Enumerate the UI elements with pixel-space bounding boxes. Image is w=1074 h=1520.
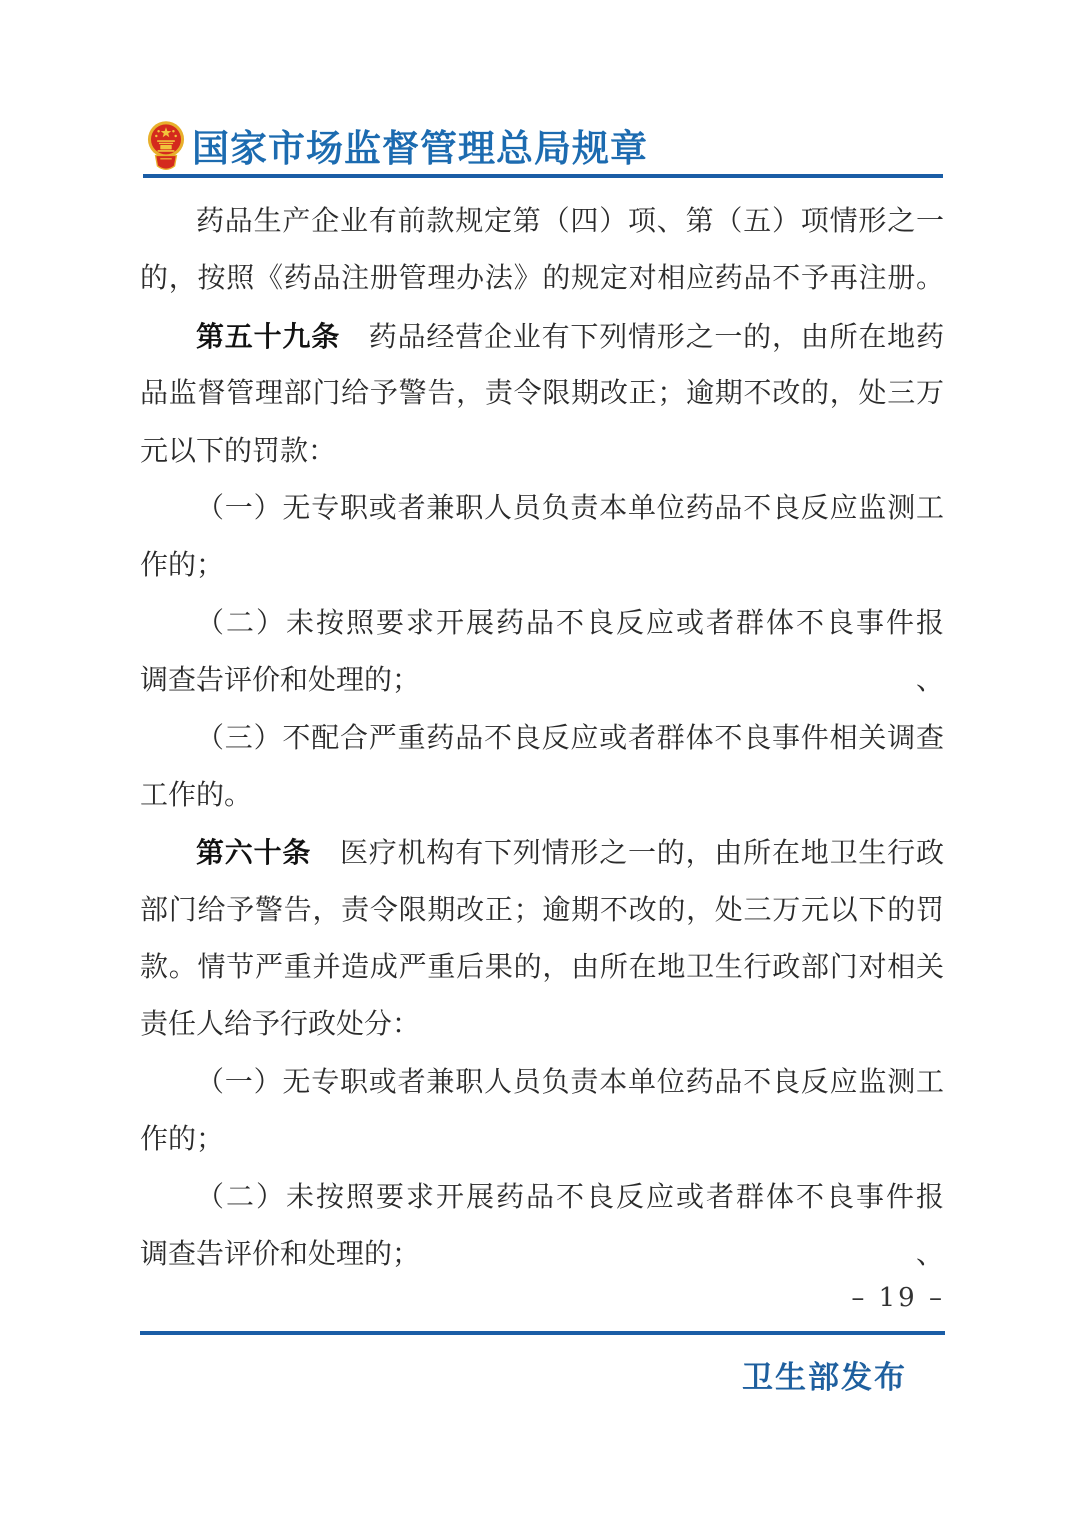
text-segment: 部门给予警告，责令限期改正；逾期不改的，处三万元以下的罚 bbox=[140, 895, 944, 926]
text-segment: 药品经营企业有下列情形之一的，由所在地药 bbox=[340, 322, 944, 353]
header-divider bbox=[143, 174, 943, 178]
text-line: 的，按照《药品注册管理办法》的规定对相应药品不予再注册。 bbox=[140, 250, 944, 307]
text-line: 责任人给予行政处分： bbox=[140, 996, 944, 1053]
text-segment: 医疗机构有下列情形之一的，由所在地卫生行政 bbox=[311, 838, 944, 869]
document-body: 药品生产企业有前款规定第（四）项、第（五）项情形之一的，按照《药品注册管理办法》… bbox=[140, 193, 944, 1283]
text-segment: 元以下的罚款： bbox=[140, 436, 336, 467]
article-number: 第六十条 bbox=[196, 837, 311, 868]
text-line: 第五十九条 药品经营企业有下列情形之一的，由所在地药 bbox=[140, 308, 944, 365]
text-segment: （一）无专职或者兼职人员负责本单位药品不良反应监测工 bbox=[196, 493, 944, 524]
text-line: 元以下的罚款： bbox=[140, 423, 944, 480]
text-segment: 品监督管理部门给予警告，责令限期改正；逾期不改的，处三万 bbox=[140, 378, 944, 409]
text-segment: 的，按照《药品注册管理办法》的规定对相应药品不予再注册。 bbox=[140, 263, 944, 294]
footer-divider bbox=[140, 1331, 945, 1335]
text-segment: 作的； bbox=[140, 1124, 224, 1155]
text-line: 部门给予警告，责令限期改正；逾期不改的，处三万元以下的罚 bbox=[140, 882, 944, 939]
text-segment: 责任人给予行政处分： bbox=[140, 1009, 420, 1040]
text-line: 作的； bbox=[140, 537, 944, 594]
text-line: 工作的。 bbox=[140, 767, 944, 824]
text-segment: 作的； bbox=[140, 550, 224, 581]
text-segment: （一）无专职或者兼职人员负责本单位药品不良反应监测工 bbox=[196, 1067, 944, 1098]
text-line: （一）无专职或者兼职人员负责本单位药品不良反应监测工 bbox=[140, 1054, 944, 1111]
text-line: 药品生产企业有前款规定第（四）项、第（五）项情形之一 bbox=[140, 193, 944, 250]
text-line: 款。情节严重并造成严重后果的，由所在地卫生行政部门对相关 bbox=[140, 939, 944, 996]
text-segment: 药品生产企业有前款规定第（四）项、第（五）项情形之一 bbox=[196, 206, 944, 237]
page-title: 国家市场监督管理总局规章 bbox=[192, 118, 648, 172]
page-header: 国家市场监督管理总局规章 bbox=[147, 117, 947, 173]
publisher-label: 卫生部发布 bbox=[140, 1352, 945, 1398]
text-line: （一）无专职或者兼职人员负责本单位药品不良反应监测工 bbox=[140, 480, 944, 537]
text-segment: 工作的。 bbox=[140, 780, 252, 811]
text-line: 第六十条 医疗机构有下列情形之一的，由所在地卫生行政 bbox=[140, 824, 944, 881]
text-line: （三）不配合严重药品不良反应或者群体不良事件相关调查 bbox=[140, 710, 944, 767]
text-line: 作的； bbox=[140, 1111, 944, 1168]
document-page: 国家市场监督管理总局规章 药品生产企业有前款规定第（四）项、第（五）项情形之一的… bbox=[0, 0, 1074, 1520]
text-segment: （三）不配合严重药品不良反应或者群体不良事件相关调查 bbox=[196, 723, 944, 754]
article-number: 第五十九条 bbox=[196, 321, 340, 352]
text-segment: 调查、评价和处理的； bbox=[140, 665, 420, 696]
text-segment: 调查、评价和处理的； bbox=[140, 1239, 420, 1270]
text-segment: 款。情节严重并造成严重后果的，由所在地卫生行政部门对相关 bbox=[140, 952, 944, 983]
national-emblem-icon bbox=[147, 119, 185, 173]
text-line: 品监督管理部门给予警告，责令限期改正；逾期不改的，处三万 bbox=[140, 365, 944, 422]
text-line: （二）未按照要求开展药品不良反应或者群体不良事件报告、 bbox=[140, 1169, 944, 1226]
text-line: （二）未按照要求开展药品不良反应或者群体不良事件报告、 bbox=[140, 595, 944, 652]
page-number: – 19 – bbox=[140, 1283, 945, 1317]
